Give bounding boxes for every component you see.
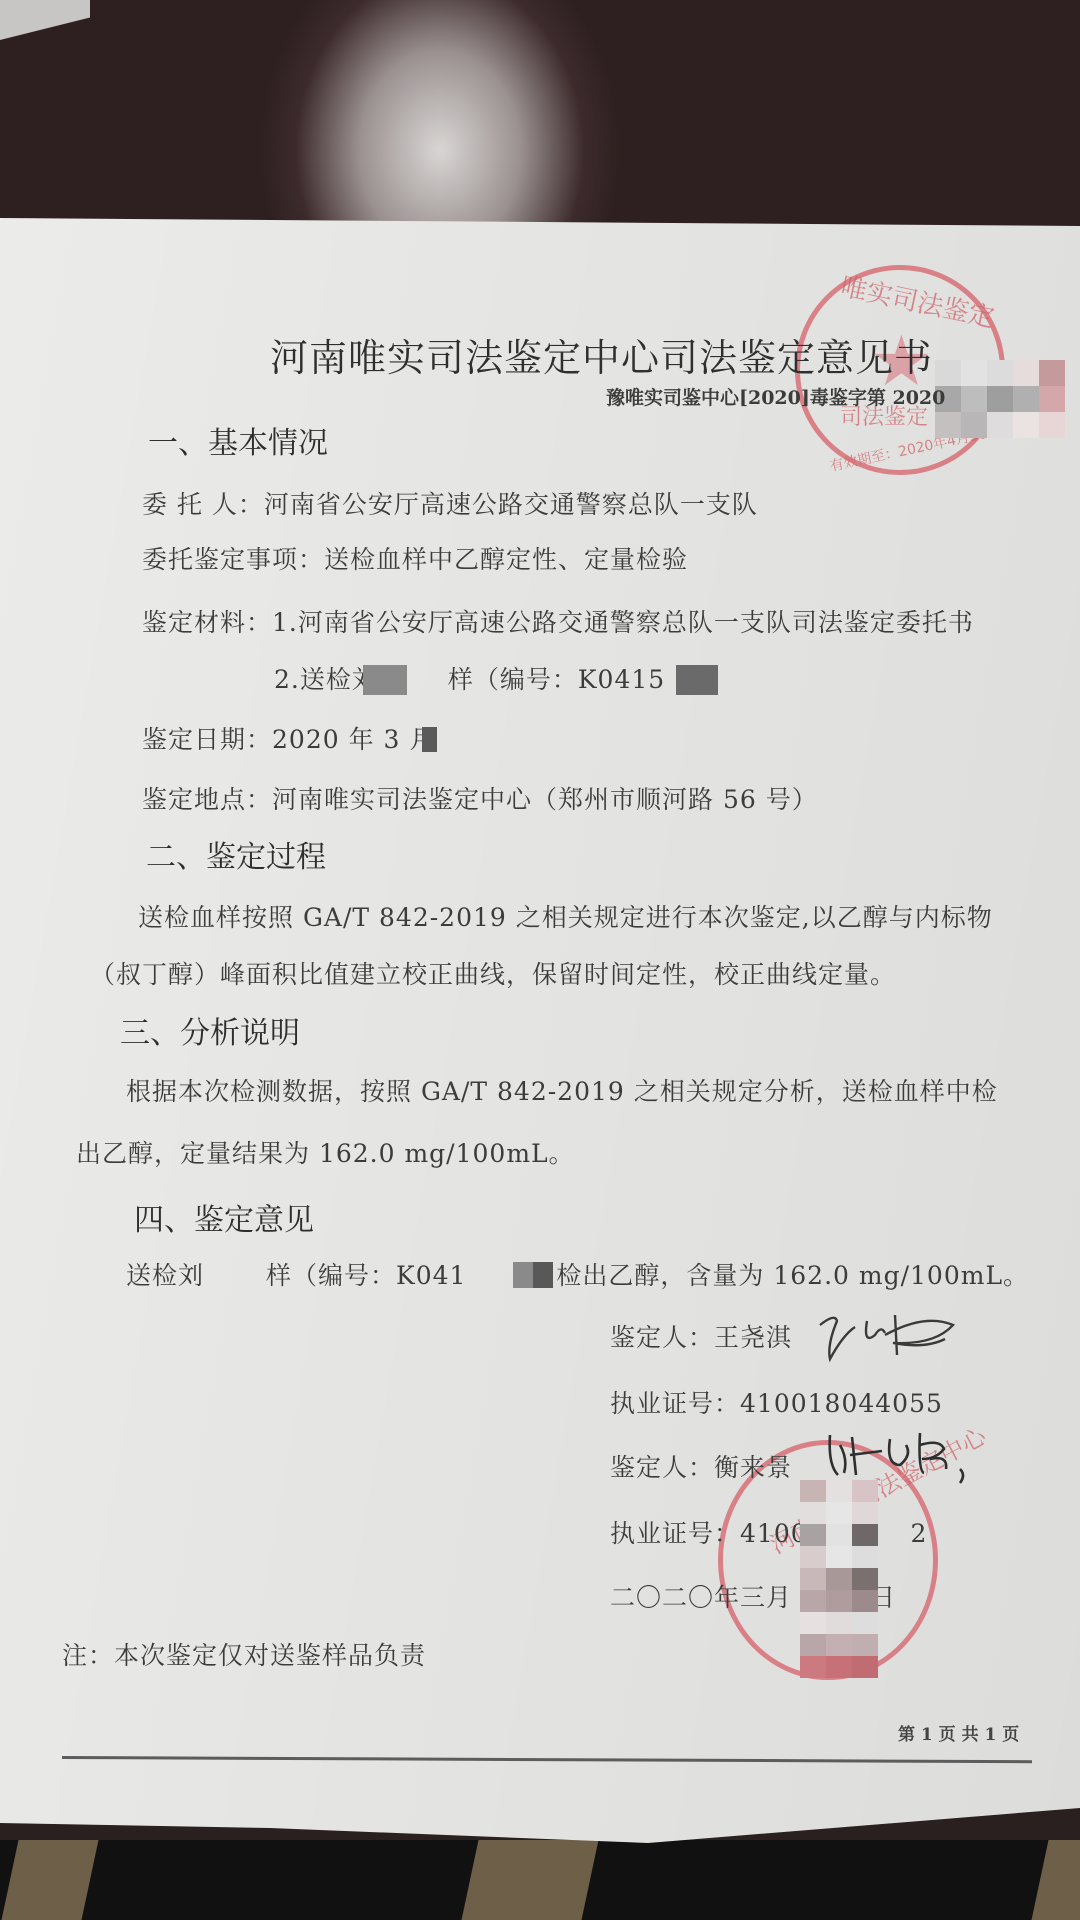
material-2-number: 样（编号：K0415 — [448, 665, 665, 694]
background-cloth — [461, 1840, 598, 1920]
cert-number-2-suffix: 2 — [911, 1519, 928, 1548]
appraiser-1-row: 鉴定人：王尧淇 — [610, 1318, 792, 1354]
document-title: 河南唯实司法鉴定中心司法鉴定意见书 — [270, 327, 933, 382]
opinion-result: 检出乙醇，含量为 162.0 mg/100mL。 — [556, 1261, 1029, 1290]
appraiser-1-name: 王尧淇 — [714, 1323, 792, 1352]
matter-row: 委托鉴定事项：送检血样中乙醇定性、定量检验 — [142, 540, 688, 576]
cert-label: 执业证号： — [610, 1389, 740, 1418]
redaction-block — [676, 665, 718, 695]
analysis-text-line-1: 根据本次检测数据，按照 GA/T 842-2019 之相关规定分析，送检血样中检 — [126, 1072, 998, 1108]
location-row: 鉴定地点：河南唯实司法鉴定中心（郑州市顺河路 56 号） — [142, 780, 818, 816]
section-heading-process: 二、鉴定过程 — [146, 832, 326, 876]
signature-appraiser-2 — [820, 1425, 980, 1485]
client-value: 河南省公安厅高速公路交通警察总队一支队 — [264, 490, 758, 519]
process-text-line-2: （叔丁醇）峰面积比值建立校正曲线，保留时间定性，校正曲线定量。 — [90, 955, 896, 991]
client-row: 委 托 人：河南省公安厅高速公路交通警察总队一支队 — [142, 485, 758, 521]
cert-number-1: 410018044055 — [740, 1389, 943, 1418]
redaction-mosaic — [935, 360, 1065, 438]
redaction-block — [533, 1262, 553, 1288]
analysis-text-line-2: 出乙醇，定量结果为 162.0 mg/100mL。 — [76, 1134, 575, 1170]
redaction-block — [363, 665, 407, 695]
signature-appraiser-1 — [815, 1305, 965, 1365]
appraiser-1-cert-row: 执业证号：410018044055 — [610, 1384, 943, 1420]
document-number: 豫唯实司鉴中心[2020]毒鉴字第 2020 — [606, 383, 945, 410]
appraiser-2-label: 鉴定人： — [610, 1453, 714, 1482]
cert-label: 执业证号： — [610, 1519, 740, 1548]
section-heading-basic-info: 一、基本情况 — [148, 418, 328, 462]
section-heading-analysis: 三、分析说明 — [120, 1008, 300, 1052]
opinion-prefix: 送检刘 — [126, 1261, 204, 1290]
location-label: 鉴定地点： — [142, 785, 272, 814]
section-heading-opinion: 四、鉴定意见 — [134, 1195, 314, 1239]
matter-value: 送检血样中乙醇定性、定量检验 — [324, 545, 688, 574]
appraiser-1-label: 鉴定人： — [610, 1323, 714, 1352]
redaction-block — [422, 727, 437, 752]
background-cloth — [1, 1840, 98, 1920]
page-indicator: 第 1 页 共 1 页 — [898, 1720, 1019, 1745]
issue-date-prefix: 二〇二〇年三月 — [610, 1583, 792, 1612]
location-value: 河南唯实司法鉴定中心（郑州市顺河路 56 号） — [272, 785, 818, 814]
material-item-1: 1.河南省公安厅高速公路交通警察总队一支队司法鉴定委托书 — [272, 608, 974, 637]
appraiser-2-name: 衡来景 — [714, 1453, 792, 1482]
redaction-mosaic — [800, 1480, 878, 1678]
appraiser-2-cert-row: 执业证号：410012 — [610, 1514, 927, 1550]
opinion-number: 样（编号：K041 — [266, 1261, 466, 1290]
date-value: 2020 年 3 月 — [272, 725, 435, 754]
materials-label: 鉴定材料： — [142, 608, 272, 637]
material-item-2: 2.送检刘样（编号：K0415 — [274, 660, 665, 696]
materials-row: 鉴定材料：1.河南省公安厅高速公路交通警察总队一支队司法鉴定委托书 — [142, 603, 974, 639]
opinion-text: 送检刘样（编号：K041检出乙醇，含量为 162.0 mg/100mL。 — [126, 1256, 1029, 1292]
date-label: 鉴定日期： — [142, 725, 272, 754]
footnote: 注：本次鉴定仅对送鉴样品负责 — [62, 1636, 426, 1672]
client-label: 委 托 人： — [142, 490, 264, 519]
background-desk — [0, 0, 1080, 230]
redaction-block — [513, 1262, 533, 1288]
appraiser-2-row: 鉴定人：衡来景 — [610, 1448, 792, 1484]
date-row: 鉴定日期：2020 年 3 月 — [142, 720, 435, 756]
process-text-line-1: 送检血样按照 GA/T 842-2019 之相关规定进行本次鉴定,以乙醇与内标物 — [138, 898, 993, 934]
matter-label: 委托鉴定事项： — [142, 545, 324, 574]
